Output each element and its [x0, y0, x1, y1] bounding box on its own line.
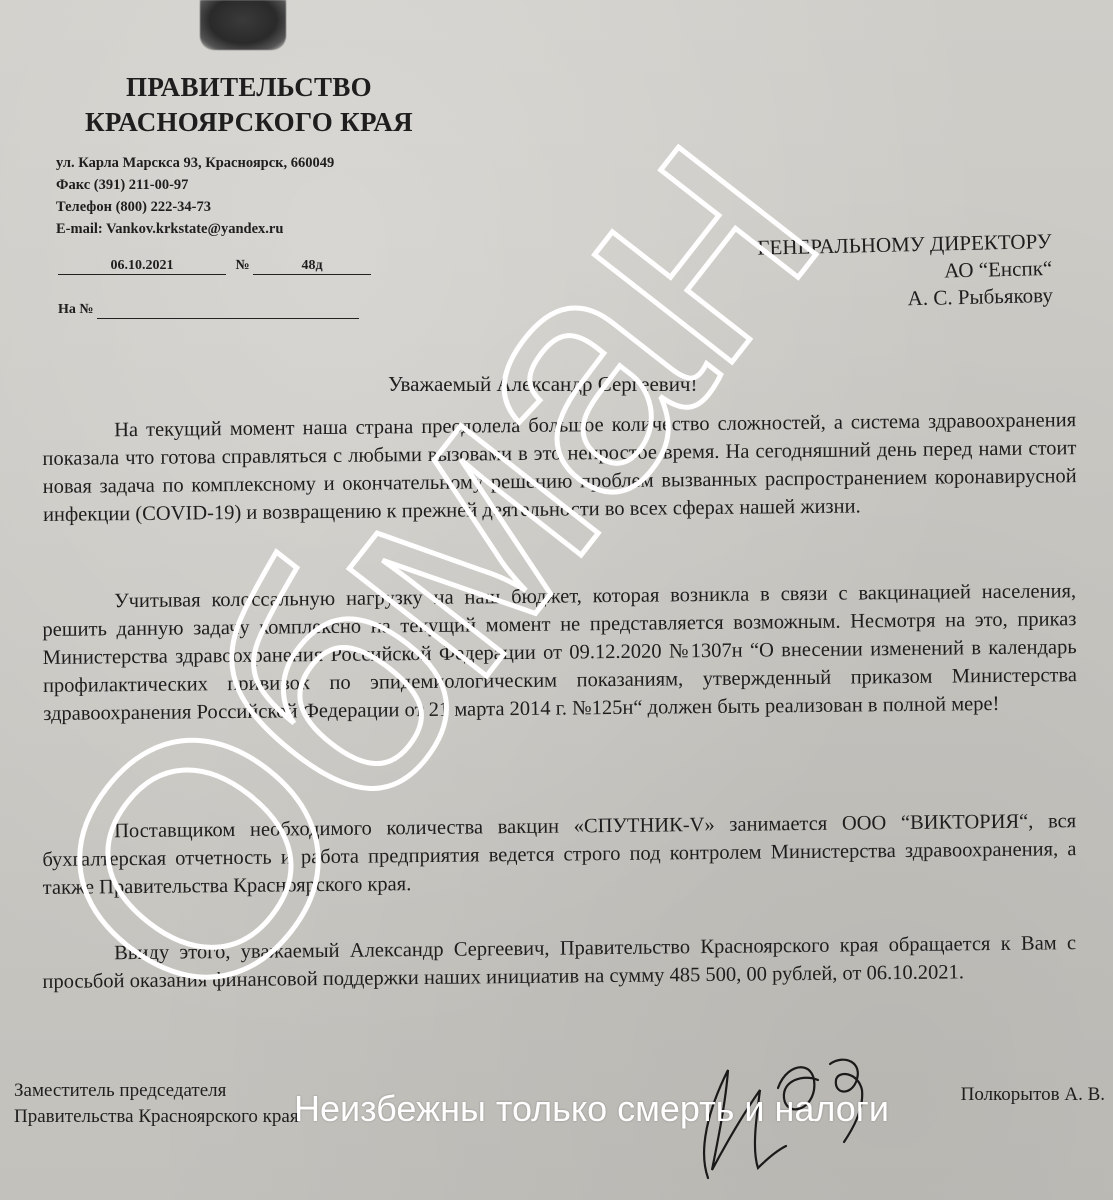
addressee-block: ГЕНЕРАЛЬНОМУ ДИРЕКТОРУ АО “Енспк“ А. С. …	[757, 228, 1053, 316]
email: E-mail: Vankov.krkstate@yandex.ru	[56, 218, 334, 240]
coat-of-arms-icon	[200, 0, 286, 50]
letter-date: 06.10.2021	[58, 258, 226, 275]
org-line-2: КРАСНОЯРСКОГО КРАЯ	[54, 105, 444, 140]
paragraph-text: Ввиду этого, уважаемый Александр Сергеев…	[42, 929, 1077, 996]
org-line-1: ПРАВИТЕЛЬСТВО	[54, 70, 444, 105]
salutation: Уважаемый Александр Сергеевич!	[388, 372, 697, 397]
address: ул. Карла Марскса 93, Красноярск, 660049	[56, 152, 334, 174]
phone: Телефон (800) 222-34-73	[56, 196, 334, 218]
body-paragraph-3: Поставщиком необходимого количества вакц…	[42, 807, 1077, 902]
letter-number: 48д	[253, 258, 371, 275]
reply-label: На №	[58, 302, 93, 317]
fax: Факс (391) 211-00-97	[56, 174, 334, 196]
body-paragraph-4: Ввиду этого, уважаемый Александр Сергеев…	[42, 929, 1077, 996]
body-paragraph-1: На текущий момент наша страна преодолела…	[42, 406, 1077, 529]
paragraph-text: На текущий момент наша страна преодолела…	[42, 406, 1077, 529]
letterhead-contacts: ул. Карла Марскса 93, Красноярск, 660049…	[56, 152, 334, 240]
paragraph-text: Учитывая колоссальную нагрузку на наш бю…	[42, 577, 1077, 728]
number-label: №	[236, 258, 250, 273]
caption-overlay: Неизбежны только смерть и налоги	[0, 1088, 1113, 1130]
paragraph-text: Поставщиком необходимого количества вакц…	[42, 807, 1077, 902]
letterhead-organization: ПРАВИТЕЛЬСТВО КРАСНОЯРСКОГО КРАЯ	[54, 70, 444, 140]
body-paragraph-2: Учитывая колоссальную нагрузку на наш бю…	[42, 577, 1077, 728]
registration-line: 06.10.2021 № 48д	[58, 258, 371, 275]
reply-reference-line: На №	[58, 302, 359, 319]
